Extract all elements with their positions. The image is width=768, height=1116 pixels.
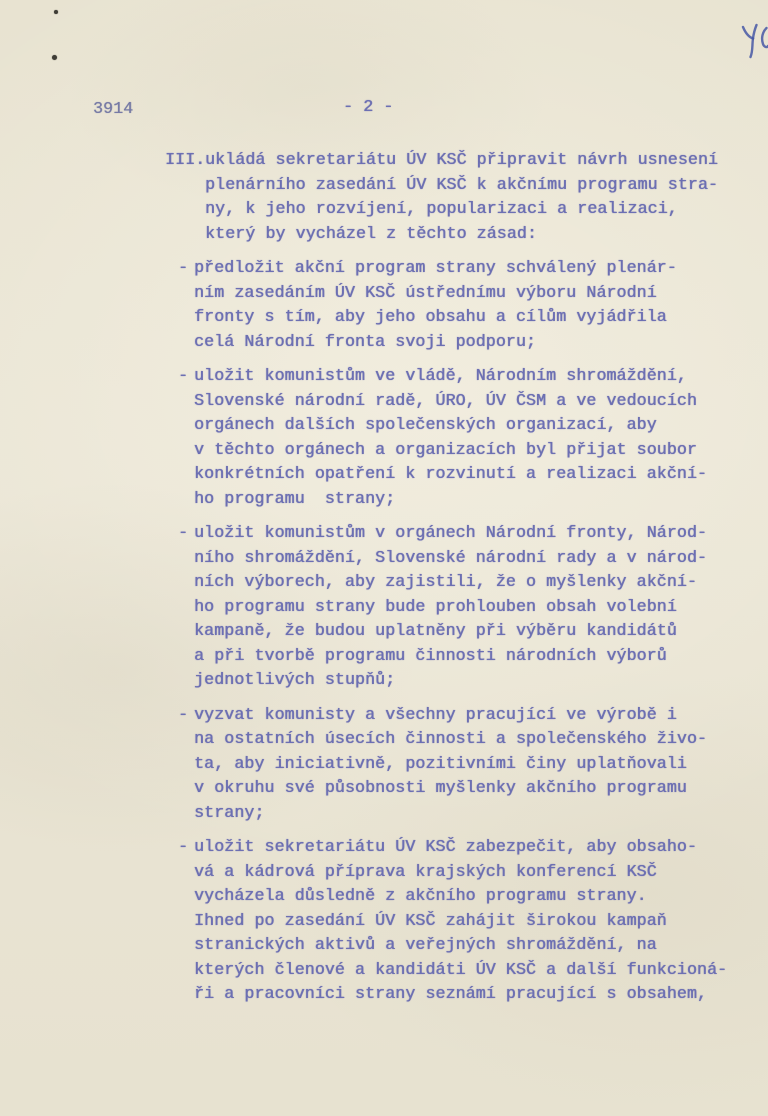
bullet-item: - uložit sekretariátu ÚV KSČ zabezpečit,… xyxy=(165,835,740,1007)
section-label: III. xyxy=(165,148,205,173)
bullet-text: uložit sekretariátu ÚV KSČ zabezpečit, a… xyxy=(194,835,740,1007)
bullet-item: - uložit komunistům v orgánech Národní f… xyxy=(165,521,740,693)
page-number: - 2 - xyxy=(343,95,393,120)
bullet-item: - uložit komunistům ve vládě, Národním s… xyxy=(165,364,740,511)
bullet-item: - vyzvat komunisty a všechny pracující v… xyxy=(165,703,740,826)
bullet-marker: - xyxy=(178,364,194,389)
bullet-text: předložit akční program strany schválený… xyxy=(194,256,740,354)
document-body: III. ukládá sekretariátu ÚV KSČ připravi… xyxy=(165,148,740,1007)
bullet-marker: - xyxy=(178,835,194,860)
document-number: 3914 xyxy=(93,97,133,122)
bullet-marker: - xyxy=(178,521,194,546)
bullet-text: uložit komunistům v orgánech Národní fro… xyxy=(194,521,740,693)
scanned-document-page: 3914 - 2 - III. ukládá sekretariátu ÚV K… xyxy=(0,0,768,1116)
bullet-marker: - xyxy=(178,256,194,281)
section-text: ukládá sekretariátu ÚV KSČ připravit náv… xyxy=(205,148,740,246)
section-III-paragraph: III. ukládá sekretariátu ÚV KSČ připravi… xyxy=(165,148,740,246)
paper-speck xyxy=(52,55,57,60)
paper-speck xyxy=(54,10,58,14)
bullet-text: uložit komunistům ve vládě, Národním shr… xyxy=(194,364,740,511)
bullet-marker: - xyxy=(178,703,194,728)
bullet-item: - předložit akční program strany schvále… xyxy=(165,256,740,354)
handwritten-mark xyxy=(740,22,768,70)
bullet-text: vyzvat komunisty a všechny pracující ve … xyxy=(194,703,740,826)
